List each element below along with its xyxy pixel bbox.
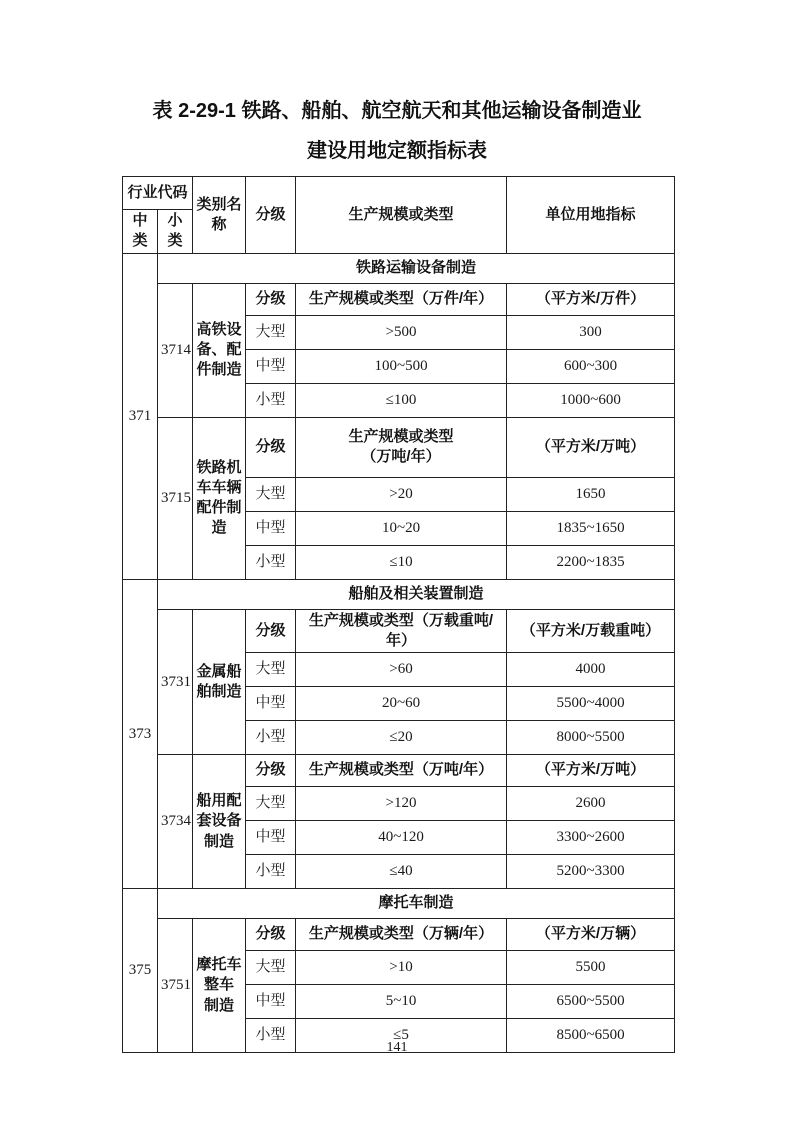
grade-header-cell: 分级 [246,919,296,951]
grade-cell: 中型 [246,511,296,545]
mid-class-code-373: 373 [123,579,158,889]
scale-header-cell: 生产规模或类型 （万吨/年） [296,417,507,477]
grade-cell: 大型 [246,315,296,349]
unit-value-cell: 600~300 [507,349,675,383]
scale-value-cell: 10~20 [296,511,507,545]
grade-cell: 大型 [246,477,296,511]
unit-value-cell: 8000~5500 [507,721,675,755]
unit-value-cell: 5200~3300 [507,855,675,889]
land-quota-table: 行业代码 类别名 称 分级 生产规模或类型 单位用地指标 中类 小类 371 铁… [122,176,675,1053]
col-header-scale: 生产规模或类型 [296,177,507,254]
unit-value-cell: 6500~5500 [507,985,675,1019]
scale-value-cell: ≤40 [296,855,507,889]
grade-cell: 小型 [246,545,296,579]
scale-value-cell: >10 [296,951,507,985]
unit-header-cell: （平方米/万件） [507,283,675,315]
category-name-cell: 金属船 舶制造 [193,609,246,755]
grade-cell: 小型 [246,721,296,755]
grade-cell: 中型 [246,687,296,721]
col-header-mid-class: 中类 [123,210,158,254]
scale-value-cell: >500 [296,315,507,349]
unit-header-cell: （平方米/万吨） [507,417,675,477]
category-name-cell: 铁路机 车车辆 配件制 造 [193,417,246,579]
scale-header-cell: 生产规模或类型（万件/年） [296,283,507,315]
col-header-unit-indicator: 单位用地指标 [507,177,675,254]
category-name-cell: 船用配 套设备 制造 [193,755,246,889]
scale-value-cell: 40~120 [296,821,507,855]
table-title-line1: 表 2-29-1 铁路、船舶、航空航天和其他运输设备制造业 [0,98,794,124]
document-page: 表 2-29-1 铁路、船舶、航空航天和其他运输设备制造业 建设用地定额指标表 … [0,98,794,1053]
unit-header-cell: （平方米/万载重吨） [507,609,675,653]
scale-header-cell: 生产规模或类型（万辆/年） [296,919,507,951]
grade-header-cell: 分级 [246,417,296,477]
unit-header-cell: （平方米/万辆） [507,919,675,951]
mid-class-code-371: 371 [123,253,158,579]
scale-header-cell: 生产规模或类型（万载重吨/年） [296,609,507,653]
category-name-cell: 摩托车 整车 制造 [193,919,246,1053]
col-header-category-name: 类别名 称 [193,177,246,254]
grade-header-cell: 分级 [246,609,296,653]
sub-class-code-3715: 3715 [158,417,193,579]
grade-cell: 小型 [246,383,296,417]
unit-value-cell: 5500~4000 [507,687,675,721]
unit-value-cell: 5500 [507,951,675,985]
sub-class-code-3714: 3714 [158,283,193,417]
unit-value-cell: 2200~1835 [507,545,675,579]
scale-value-cell: 100~500 [296,349,507,383]
page-number: 141 [0,1040,794,1056]
scale-value-cell: 5~10 [296,985,507,1019]
grade-cell: 中型 [246,349,296,383]
unit-value-cell: 300 [507,315,675,349]
grade-header-cell: 分级 [246,283,296,315]
section-title-motorcycle: 摩托车制造 [158,889,675,919]
scale-value-cell: >60 [296,653,507,687]
grade-cell: 大型 [246,653,296,687]
sub-class-code-3751: 3751 [158,919,193,1053]
col-header-grade: 分级 [246,177,296,254]
table-title-line2: 建设用地定额指标表 [0,138,794,164]
unit-value-cell: 1650 [507,477,675,511]
grade-cell: 中型 [246,821,296,855]
grade-cell: 大型 [246,951,296,985]
col-header-sub-class: 小类 [158,210,193,254]
unit-value-cell: 3300~2600 [507,821,675,855]
grade-cell: 大型 [246,787,296,821]
unit-value-cell: 2600 [507,787,675,821]
unit-value-cell: 4000 [507,653,675,687]
sub-class-code-3734: 3734 [158,755,193,889]
scale-value-cell: ≤20 [296,721,507,755]
unit-value-cell: 1000~600 [507,383,675,417]
sub-class-code-3731: 3731 [158,609,193,755]
section-title-railway: 铁路运输设备制造 [158,253,675,283]
unit-header-cell: （平方米/万吨） [507,755,675,787]
grade-header-cell: 分级 [246,755,296,787]
section-title-ship: 船舶及相关装置制造 [158,579,675,609]
scale-value-cell: >120 [296,787,507,821]
col-header-industry-code: 行业代码 [123,177,193,210]
scale-value-cell: >20 [296,477,507,511]
grade-cell: 中型 [246,985,296,1019]
scale-value-cell: ≤10 [296,545,507,579]
scale-value-cell: 20~60 [296,687,507,721]
unit-value-cell: 1835~1650 [507,511,675,545]
mid-class-code-375: 375 [123,889,158,1053]
grade-cell: 小型 [246,855,296,889]
scale-header-cell: 生产规模或类型（万吨/年） [296,755,507,787]
category-name-cell: 高铁设 备、配 件制造 [193,283,246,417]
scale-value-cell: ≤100 [296,383,507,417]
